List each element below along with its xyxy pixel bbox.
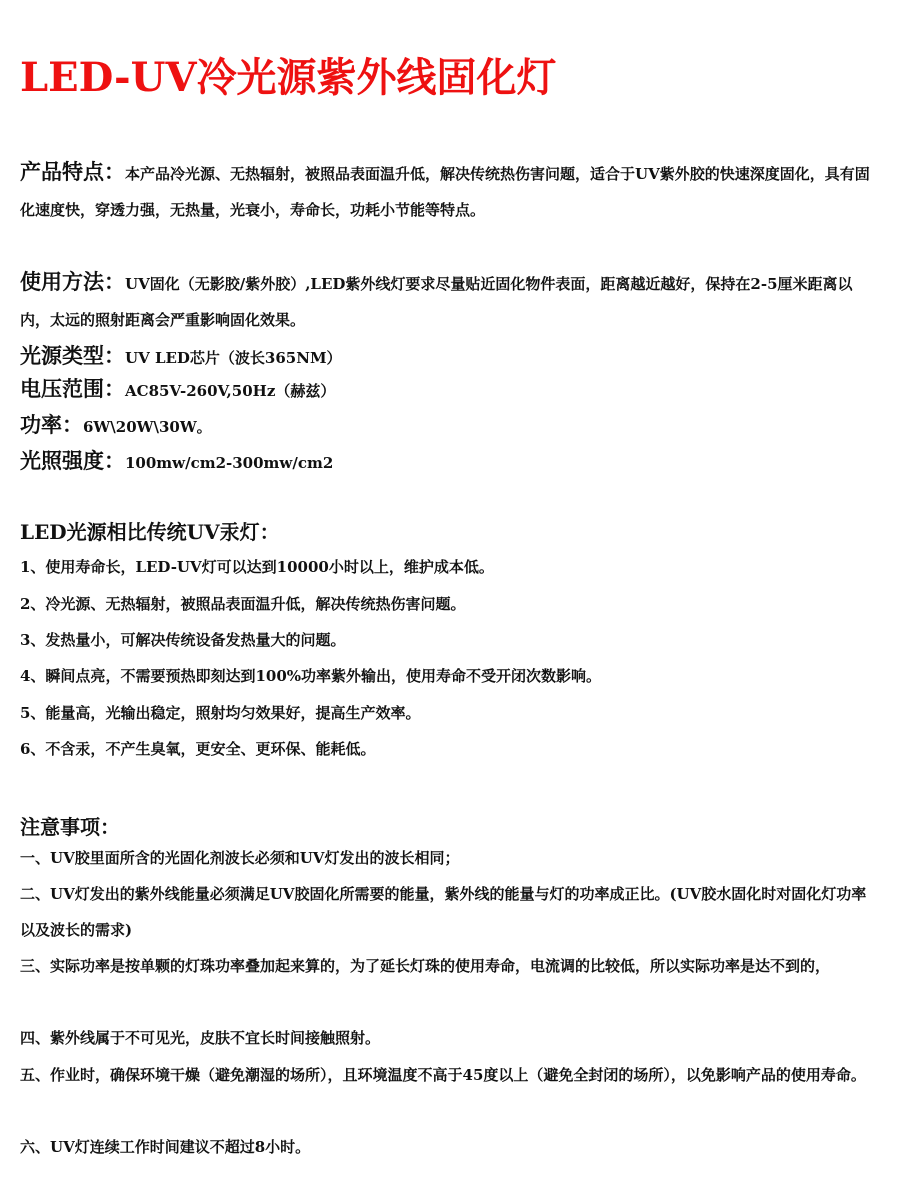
spec-voltage: 电压范围：AC85V-260V,50Hz（赫兹）: [20, 373, 335, 403]
notes-heading: 注意事项：: [20, 811, 120, 840]
spec-label: 光源类型：: [20, 343, 125, 368]
page-title: LED-UV冷光源紫外线固化灯: [20, 46, 557, 103]
spec-value: 100mw/cm2-300mw/cm2: [125, 454, 333, 472]
spec-value: AC85V-260V,50Hz（赫兹）: [125, 382, 335, 400]
list-item: 5、能量高，光输出稳定，照射均匀效果好，提高生产效率。: [20, 702, 420, 723]
note-item: 一、UV胶里面所含的光固化剂波长必须和UV灯发出的波长相同；: [20, 840, 880, 876]
spec-label: 功率：: [20, 412, 83, 437]
usage-text: UV固化（无影胶/紫外胶）,LED紫外线灯要求尽量贴近固化物件表面，距离越近越好…: [20, 275, 853, 329]
note-item: 三、实际功率是按单颗的灯珠功率叠加起来算的，为了延长灯珠的使用寿命，电流调的比较…: [20, 948, 880, 984]
features-text: 本产品冷光源、无热辐射，被照品表面温升低，解决传统热伤害问题，适合于UV紫外胶的…: [20, 165, 870, 219]
usage-section: 使用方法：UV固化（无影胶/紫外胶）,LED紫外线灯要求尽量贴近固化物件表面，距…: [20, 264, 880, 338]
features-section: 产品特点：本产品冷光源、无热辐射，被照品表面温升低，解决传统热伤害问题，适合于U…: [20, 154, 880, 228]
note-item: 二、UV灯发出的紫外线能量必须满足UV胶固化所需要的能量，紫外线的能量与灯的功率…: [20, 876, 880, 948]
list-item: 3、发热量小，可解决传统设备发热量大的问题。: [20, 629, 345, 650]
spec-intensity: 光照强度：100mw/cm2-300mw/cm2: [20, 445, 333, 475]
spec-label: 电压范围：: [20, 376, 125, 401]
list-item: 4、瞬间点亮，不需要预热即刻达到100%功率紫外输出，使用寿命不受开闭次数影响。: [20, 665, 601, 686]
spec-value: UV LED芯片（波长365NM）: [125, 349, 342, 367]
spec-value: 6W\20W\30W。: [83, 418, 212, 436]
list-item: 2、冷光源、无热辐射，被照品表面温升低，解决传统热伤害问题。: [20, 593, 465, 614]
comparison-heading: LED光源相比传统UV汞灯：: [20, 516, 280, 545]
spec-light-source: 光源类型：UV LED芯片（波长365NM）: [20, 340, 342, 370]
note-item: 六、UV灯连续工作时间建议不超过8小时。: [20, 1129, 880, 1165]
spec-power: 功率：6W\20W\30W。: [20, 409, 212, 439]
features-label: 产品特点：: [20, 159, 125, 184]
spec-label: 光照强度：: [20, 448, 125, 473]
usage-label: 使用方法：: [20, 269, 125, 294]
list-item: 1、使用寿命长，LED-UV灯可以达到10000小时以上，维护成本低。: [20, 556, 494, 577]
note-item: 五、作业时，确保环境干燥（避免潮湿的场所），且环境温度不高于45度以上（避免全封…: [20, 1057, 880, 1093]
note-item: 四、紫外线属于不可见光，皮肤不宜长时间接触照射。: [20, 1020, 880, 1056]
list-item: 6、不含汞，不产生臭氧，更安全、更环保、能耗低。: [20, 738, 375, 759]
